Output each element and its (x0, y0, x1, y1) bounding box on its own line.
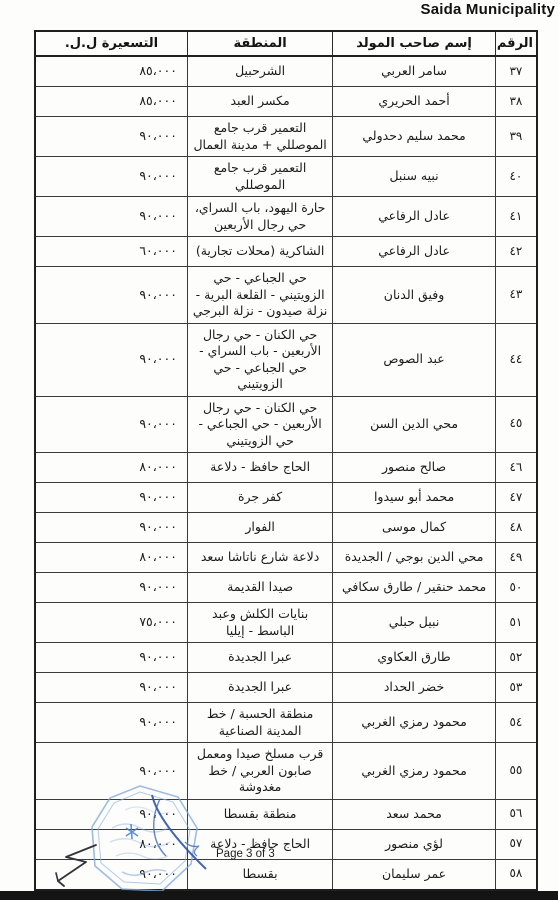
cell-price: ٨٠،٠٠٠ (35, 829, 187, 859)
cell-area: الشاكرية (محلات تجارية) (187, 237, 332, 267)
cell-area: منطقة بقسطا (187, 799, 332, 829)
cell-area: مكسر العبد (187, 87, 332, 117)
cell-number: ٥٧ (495, 829, 537, 859)
cell-price: ٩٠،٠٠٠ (35, 396, 187, 453)
cell-price: ٦٠،٠٠٠ (35, 237, 187, 267)
cell-area: التعمير قرب جامع الموصللي (187, 157, 332, 197)
cell-area: بنايات الكلش وعبد الباسط - إيليا (187, 603, 332, 643)
cell-price: ٩٠،٠٠٠ (35, 197, 187, 237)
cell-price: ٩٠،٠٠٠ (35, 323, 187, 396)
cell-number: ٤٣ (495, 267, 537, 324)
cell-number: ٤٨ (495, 513, 537, 543)
cell-area: حي الجباعي - حي الزويتيني - القلعة البري… (187, 267, 332, 324)
cell-number: ٣٨ (495, 87, 537, 117)
table-row: ٥٣ خضر الحداد عبرا الجديدة ٩٠،٠٠٠ (35, 673, 537, 703)
page-number: Page 3 of 3 (216, 848, 275, 860)
cell-owner-name: محمد سليم دحدولي (333, 117, 496, 157)
cell-area: الفوار (187, 513, 332, 543)
cell-price: ٩٠،٠٠٠ (35, 267, 187, 324)
table-row: ٥٨ عمر سليمان بقسطا ٩٠،٠٠٠ (35, 859, 537, 890)
cell-owner-name: صالح منصور (333, 453, 496, 483)
table-row: ٤٢ عادل الرفاعي الشاكرية (محلات تجارية) … (35, 237, 537, 267)
cell-number: ٥٥ (495, 743, 537, 800)
cell-owner-name: عبد الصوص (333, 323, 496, 396)
table-row: ٣٨ أحمد الحريري مكسر العبد ٨٥،٠٠٠ (35, 87, 537, 117)
table-row: ٥٧ لؤي منصور الحاج حافظ - دلاعة ٨٠،٠٠٠ (35, 829, 537, 859)
cell-price: ٩٠،٠٠٠ (35, 513, 187, 543)
table-body: ٣٧ سامر العربي الشرحبيل ٨٥،٠٠٠ ٣٨ أحمد ا… (35, 56, 537, 890)
cell-number: ٥٨ (495, 859, 537, 890)
cell-number: ٤١ (495, 197, 537, 237)
scan-edge-artifact (0, 891, 558, 900)
cell-owner-name: طارق العكاوي (333, 643, 496, 673)
cell-owner-name: عادل الرفاعي (333, 237, 496, 267)
table-row: ٤٥ محي الدين السن حي الكنان - حي رجال ال… (35, 396, 537, 453)
cell-owner-name: عادل الرفاعي (333, 197, 496, 237)
cell-area: حي الكنان - حي رجال الأربعين - باب السرا… (187, 323, 332, 396)
table-header-row: الرقمإسم صاحب المولدالمنطقةالتسعيرة ل.ل. (35, 31, 537, 56)
table-row: ٤٦ صالح منصور الحاج حافظ - دلاعة ٨٠،٠٠٠ (35, 453, 537, 483)
cell-owner-name: لؤي منصور (333, 829, 496, 859)
cell-number: ٥٠ (495, 573, 537, 603)
column-header-name: إسم صاحب المولد (333, 31, 496, 56)
cell-owner-name: محي الدين بوجي / الجديدة (333, 543, 496, 573)
cell-area: قرب مسلخ صيدا ومعمل صابون العربي / خط مغ… (187, 743, 332, 800)
cell-number: ٤٩ (495, 543, 537, 573)
cell-price: ٩٠،٠٠٠ (35, 573, 187, 603)
cell-owner-name: محمد سعد (333, 799, 496, 829)
cell-owner-name: خضر الحداد (333, 673, 496, 703)
table-row: ٤٨ كمال موسى الفوار ٩٠،٠٠٠ (35, 513, 537, 543)
cell-price: ٩٠،٠٠٠ (35, 703, 187, 743)
cell-price: ٧٥،٠٠٠ (35, 603, 187, 643)
cell-area: منطقة الحسبة / خط المدينة الصناعية (187, 703, 332, 743)
cell-area: التعمير قرب جامع الموصللي + مدينة العمال (187, 117, 332, 157)
cell-price: ٩٠،٠٠٠ (35, 157, 187, 197)
cell-owner-name: محمود رمزي الغربي (333, 703, 496, 743)
cell-area: دلاعة شارع ناتاشا سعد (187, 543, 332, 573)
cell-area: صيدا القديمة (187, 573, 332, 603)
cell-owner-name: محي الدين السن (333, 396, 496, 453)
cell-area: بقسطا (187, 859, 332, 890)
cell-price: ٨٥،٠٠٠ (35, 56, 187, 87)
page-title: Saida Municipality (421, 1, 555, 18)
table-row: ٤٤ عبد الصوص حي الكنان - حي رجال الأربعي… (35, 323, 537, 396)
cell-price: ٩٠،٠٠٠ (35, 117, 187, 157)
table-row: ٤٣ وفيق الدنان حي الجباعي - حي الزويتيني… (35, 267, 537, 324)
cell-price: ٩٠،٠٠٠ (35, 483, 187, 513)
cell-owner-name: سامر العربي (333, 56, 496, 87)
column-header-num: الرقم (495, 31, 537, 56)
cell-owner-name: محمد أبو سيدوا (333, 483, 496, 513)
cell-owner-name: محمود رمزي الغربي (333, 743, 496, 800)
cell-number: ٤٠ (495, 157, 537, 197)
table-row: ٣٧ سامر العربي الشرحبيل ٨٥،٠٠٠ (35, 56, 537, 87)
cell-number: ٥٦ (495, 799, 537, 829)
table-row: ٥٠ محمد حنقير / طارق سكافي صيدا القديمة … (35, 573, 537, 603)
cell-area: عبرا الجديدة (187, 673, 332, 703)
cell-area: حي الكنان - حي رجال الأربعين - حي الجباع… (187, 396, 332, 453)
cell-number: ٤٧ (495, 483, 537, 513)
cell-number: ٥١ (495, 603, 537, 643)
cell-owner-name: نبيل حبلي (333, 603, 496, 643)
cell-number: ٥٣ (495, 673, 537, 703)
cell-area: عبرا الجديدة (187, 643, 332, 673)
table-row: ٣٩ محمد سليم دحدولي التعمير قرب جامع الم… (35, 117, 537, 157)
cell-number: ٥٤ (495, 703, 537, 743)
cell-owner-name: كمال موسى (333, 513, 496, 543)
cell-number: ٣٩ (495, 117, 537, 157)
cell-number: ٤٢ (495, 237, 537, 267)
cell-area: الشرحبيل (187, 56, 332, 87)
cell-area: كفر جرة (187, 483, 332, 513)
table-row: ٥٢ طارق العكاوي عبرا الجديدة ٩٠،٠٠٠ (35, 643, 537, 673)
cell-price: ٩٠،٠٠٠ (35, 673, 187, 703)
cell-area: حارة اليهود، باب السراي، حي رجال الأربعي… (187, 197, 332, 237)
table-row: ٥٥ محمود رمزي الغربي قرب مسلخ صيدا ومعمل… (35, 743, 537, 800)
table-row: ٤١ عادل الرفاعي حارة اليهود، باب السراي،… (35, 197, 537, 237)
cell-owner-name: وفيق الدنان (333, 267, 496, 324)
cell-area: الحاج حافظ - دلاعة (187, 453, 332, 483)
cell-number: ٥٢ (495, 643, 537, 673)
cell-price: ٩٠،٠٠٠ (35, 643, 187, 673)
table-row: ٤٧ محمد أبو سيدوا كفر جرة ٩٠،٠٠٠ (35, 483, 537, 513)
cell-owner-name: عمر سليمان (333, 859, 496, 890)
cell-owner-name: أحمد الحريري (333, 87, 496, 117)
table-row: ٤٩ محي الدين بوجي / الجديدة دلاعة شارع ن… (35, 543, 537, 573)
cell-number: ٣٧ (495, 56, 537, 87)
cell-price: ٨٥،٠٠٠ (35, 87, 187, 117)
column-header-price: التسعيرة ل.ل. (35, 31, 187, 56)
cell-number: ٤٦ (495, 453, 537, 483)
cell-number: ٤٥ (495, 396, 537, 453)
table-row: ٥٦ محمد سعد منطقة بقسطا ٩٠،٠٠٠ (35, 799, 537, 829)
scanned-document-page: Saida Municipality الرقمإسم صاحب المولدا… (0, 0, 558, 900)
cell-price: ٩٠،٠٠٠ (35, 859, 187, 890)
table-row: ٤٠ نبيه سنبل التعمير قرب جامع الموصللي ٩… (35, 157, 537, 197)
cell-owner-name: محمد حنقير / طارق سكافي (333, 573, 496, 603)
cell-price: ٩٠،٠٠٠ (35, 799, 187, 829)
table-row: ٥٤ محمود رمزي الغربي منطقة الحسبة / خط ا… (35, 703, 537, 743)
generator-pricing-table: الرقمإسم صاحب المولدالمنطقةالتسعيرة ل.ل.… (34, 30, 538, 891)
cell-number: ٤٤ (495, 323, 537, 396)
cell-price: ٨٠،٠٠٠ (35, 453, 187, 483)
cell-price: ٩٠،٠٠٠ (35, 743, 187, 800)
cell-owner-name: نبيه سنبل (333, 157, 496, 197)
table-row: ٥١ نبيل حبلي بنايات الكلش وعبد الباسط - … (35, 603, 537, 643)
cell-price: ٨٠،٠٠٠ (35, 543, 187, 573)
column-header-area: المنطقة (187, 31, 332, 56)
